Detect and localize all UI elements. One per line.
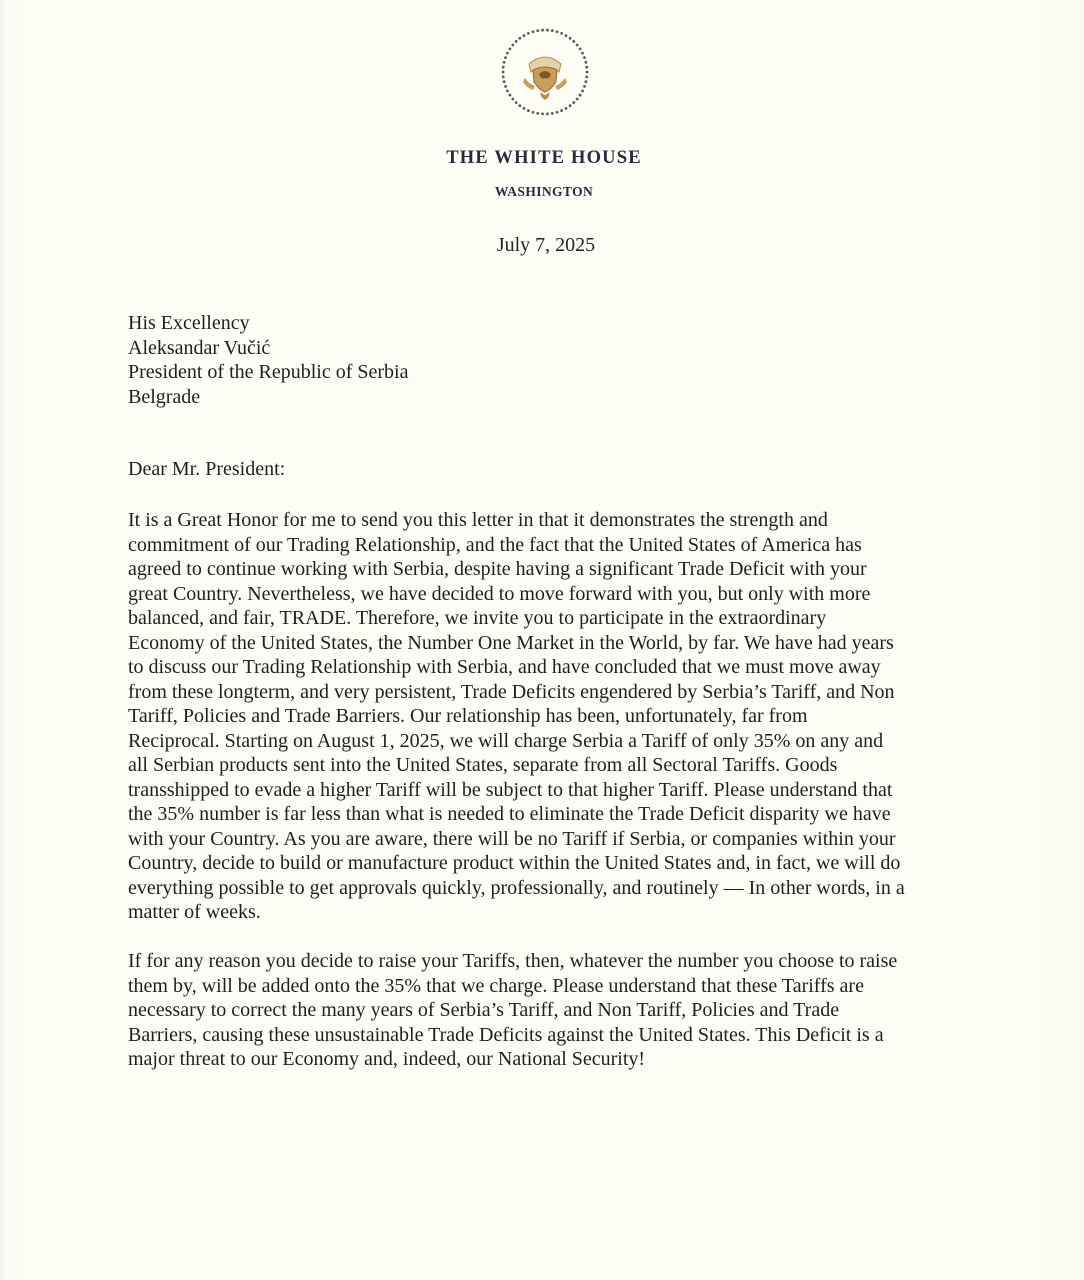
paragraph-line: balanced, and fair, TRADE. Therefore, we… (128, 606, 905, 631)
paragraph-line: them by, will be added onto the 35% that… (128, 974, 897, 999)
paragraph-line: all Serbian products sent into the Unite… (128, 753, 905, 778)
paragraph-line: Country, decide to build or manufacture … (128, 851, 905, 876)
paragraph-line: Reciprocal. Starting on August 1, 2025, … (128, 729, 905, 754)
letterhead-title: THE WHITE HOUSE (0, 148, 1084, 169)
paragraph-line: agreed to continue working with Serbia, … (128, 557, 905, 582)
presidential-seal-icon (499, 26, 591, 118)
paragraph-line: Barriers, causing these unsustainable Tr… (128, 1023, 897, 1048)
paragraph-line: to discuss our Trading Relationship with… (128, 655, 905, 680)
paragraph-line: If for any reason you decide to raise yo… (128, 949, 897, 974)
recipient-honorific: His Excellency (128, 311, 409, 336)
paragraph-line: necessary to correct the many years of S… (128, 998, 897, 1023)
letterhead-subtitle: WASHINGTON (0, 184, 1084, 200)
recipient-city: Belgrade (128, 385, 409, 410)
paragraph-line: It is a Great Honor for me to send you t… (128, 508, 905, 533)
paragraph-line: transshipped to evade a higher Tariff wi… (128, 778, 905, 803)
paragraph-line: great Country. Nevertheless, we have dec… (128, 582, 905, 607)
paragraph-line: from these longterm, and very persistent… (128, 680, 905, 705)
letter-date: July 7, 2025 (0, 234, 1084, 257)
paragraph-line: commitment of our Trading Relationship, … (128, 533, 905, 558)
paragraph-line: matter of weeks. (128, 900, 905, 925)
body-paragraph-1: It is a Great Honor for me to send you t… (128, 508, 905, 925)
recipient-name: Aleksandar Vučić (128, 336, 409, 361)
recipient-title: President of the Republic of Serbia (128, 360, 409, 385)
paragraph-line: everything possible to get approvals qui… (128, 876, 905, 901)
paragraph-line: Economy of the United States, the Number… (128, 631, 905, 656)
recipient-address: His Excellency Aleksandar Vučić Presiden… (128, 311, 409, 409)
salutation: Dear Mr. President: (128, 458, 285, 481)
letter-page: THE WHITE HOUSE WASHINGTON July 7, 2025 … (0, 0, 1084, 1280)
paragraph-line: with your Country. As you are aware, the… (128, 827, 905, 852)
paragraph-line: major threat to our Economy and, indeed,… (128, 1047, 897, 1072)
paragraph-line: the 35% number is far less than what is … (128, 802, 905, 827)
paragraph-line: Tariff, Policies and Trade Barriers. Our… (128, 704, 905, 729)
body-paragraph-2: If for any reason you decide to raise yo… (128, 949, 897, 1072)
